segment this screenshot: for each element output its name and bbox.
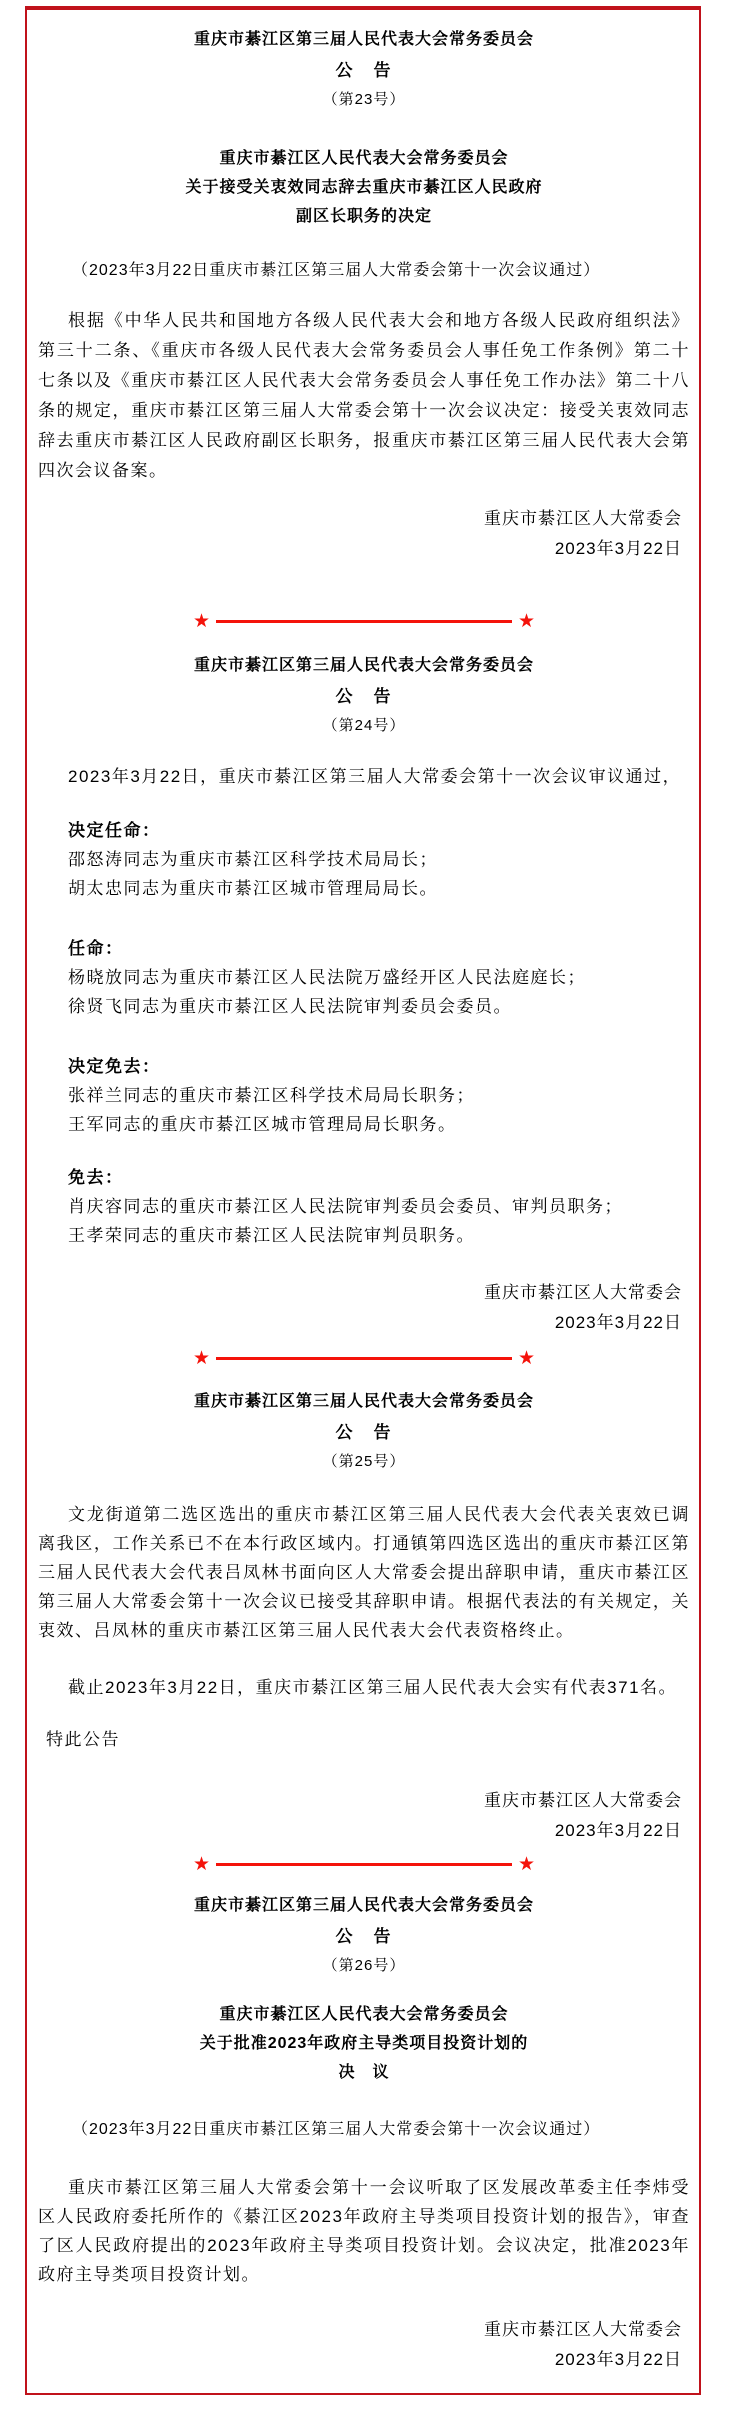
document-page: 重庆市綦江区第三届人民代表大会常务委员会 公 告 （第23号） 重庆市綦江区人民… [0, 0, 741, 2426]
doc-number: （第23号） [38, 86, 690, 114]
appointment-item: 杨晓放同志为重庆市綦江区人民法院万盛经开区人民法庭庭长； [38, 963, 690, 992]
appointment-item: 王孝荣同志的重庆市綦江区人民法院审判员职务。 [38, 1221, 690, 1250]
meeting-adoption-line: （2023年3月22日重庆市綦江区第三届人大常委会第十一次会议通过） [38, 2115, 690, 2145]
document-red-frame: 重庆市綦江区第三届人民代表大会常务委员会 公 告 （第23号） 重庆市綦江区人民… [25, 6, 701, 2395]
star-divider: ★ ★ [38, 1340, 690, 1376]
doc-type-heading: 公 告 [38, 682, 690, 712]
star-icon: ★ [193, 1349, 210, 1368]
appointment-group-heading: 免去： [38, 1163, 690, 1192]
closing-line: 特此公告 [38, 1725, 690, 1755]
appointment-group-heading: 决定免去： [38, 1052, 690, 1081]
signature-block: 重庆市綦江区人大常委会 2023年3月22日 [38, 1786, 690, 1846]
appointment-item: 肖庆容同志的重庆市綦江区人民法院审判委员会委员、审判员职务； [38, 1192, 690, 1221]
issuing-org-title: 重庆市綦江区第三届人民代表大会常务委员会 [38, 1386, 690, 1418]
appointment-group-heading: 决定任命： [38, 816, 690, 845]
divider-line [216, 1357, 512, 1360]
signature-block: 重庆市綦江区人大常委会 2023年3月22日 [38, 504, 690, 564]
doc-type-heading: 公 告 [38, 1922, 690, 1952]
doc-type-heading: 公 告 [38, 56, 690, 86]
appointment-item: 徐贤飞同志为重庆市綦江区人民法院审判委员会委员。 [38, 992, 690, 1021]
signature-org: 重庆市綦江区人大常委会 [38, 1278, 682, 1308]
appointment-item: 张祥兰同志的重庆市綦江区科学技术局局长职务； [38, 1081, 690, 1110]
meeting-adoption-line: （2023年3月22日重庆市綦江区第三届人大常委会第十一次会议通过） [38, 256, 690, 286]
announcement-25: 重庆市綦江区第三届人民代表大会常务委员会 公 告 （第25号） 文龙街道第二选区… [38, 1386, 690, 1882]
issuing-org-title: 重庆市綦江区第三届人民代表大会常务委员会 [38, 24, 690, 56]
decision-title-line: 重庆市綦江区人民代表大会常务委员会 [38, 2000, 690, 2029]
doc-number: （第25号） [38, 1448, 690, 1476]
body-paragraph: 重庆市綦江区第三届人大常委会第十一会议听取了区发展改革委主任李炜受区人民政府委托… [38, 2173, 690, 2289]
announcement-24: 重庆市綦江区第三届人民代表大会常务委员会 公 告 （第24号） 2023年3月2… [38, 650, 690, 1376]
signature-date: 2023年3月22日 [38, 1308, 682, 1338]
signature-org: 重庆市綦江区人大常委会 [38, 504, 682, 534]
doc-number: （第26号） [38, 1952, 690, 1980]
signature-org: 重庆市綦江区人大常委会 [38, 2315, 682, 2345]
announcement-26: 重庆市綦江区第三届人民代表大会常务委员会 公 告 （第26号） 重庆市綦江区人民… [38, 1890, 690, 2375]
appointment-item: 邵怒涛同志为重庆市綦江区科学技术局局长； [38, 845, 690, 874]
signature-date: 2023年3月22日 [38, 1816, 682, 1846]
decision-title-line: 副区长职务的决定 [38, 202, 690, 231]
body-paragraph: 文龙街道第二选区选出的重庆市綦江区第三届人民代表大会代表关衷效已调离我区，工作关… [38, 1500, 690, 1645]
signature-date: 2023年3月22日 [38, 2345, 682, 2375]
announcement-23: 重庆市綦江区第三届人民代表大会常务委员会 公 告 （第23号） 重庆市綦江区人民… [38, 24, 690, 639]
divider-line [216, 620, 512, 623]
star-icon: ★ [518, 1349, 535, 1368]
decision-title-line: 关于批准2023年政府主导类项目投资计划的 [38, 2029, 690, 2058]
star-divider: ★ ★ [38, 1846, 690, 1882]
signature-date: 2023年3月22日 [38, 534, 682, 564]
doc-type-heading: 公 告 [38, 1418, 690, 1448]
appointment-item: 胡太忠同志为重庆市綦江区城市管理局局长。 [38, 874, 690, 903]
decision-title-line: 关于接受关衷效同志辞去重庆市綦江区人民政府 [38, 173, 690, 202]
signature-org: 重庆市綦江区人大常委会 [38, 1786, 682, 1816]
decision-title-line: 重庆市綦江区人民代表大会常务委员会 [38, 144, 690, 173]
issuing-org-title: 重庆市綦江区第三届人民代表大会常务委员会 [38, 1890, 690, 1922]
star-icon: ★ [193, 612, 210, 631]
signature-block: 重庆市綦江区人大常委会 2023年3月22日 [38, 1278, 690, 1338]
signature-block: 重庆市綦江区人大常委会 2023年3月22日 [38, 2315, 690, 2375]
star-icon: ★ [518, 612, 535, 631]
body-paragraph: 根据《中华人民共和国地方各级人民代表大会和地方各级人民政府组织法》第三十二条、《… [38, 306, 690, 486]
decision-title-line: 决 议 [38, 2058, 690, 2087]
appointment-item: 王军同志的重庆市綦江区城市管理局局长职务。 [38, 1110, 690, 1139]
doc-number: （第24号） [38, 712, 690, 740]
star-divider: ★ ★ [38, 603, 690, 639]
intro-line: 2023年3月22日，重庆市綦江区第三届人大常委会第十一次会议审议通过， [38, 762, 690, 792]
divider-line [216, 1863, 512, 1866]
appointment-group-heading: 任命： [38, 934, 690, 963]
star-icon: ★ [518, 1855, 535, 1874]
star-icon: ★ [193, 1855, 210, 1874]
body-paragraph: 截止2023年3月22日，重庆市綦江区第三届人民代表大会实有代表371名。 [38, 1673, 690, 1703]
issuing-org-title: 重庆市綦江区第三届人民代表大会常务委员会 [38, 650, 690, 682]
